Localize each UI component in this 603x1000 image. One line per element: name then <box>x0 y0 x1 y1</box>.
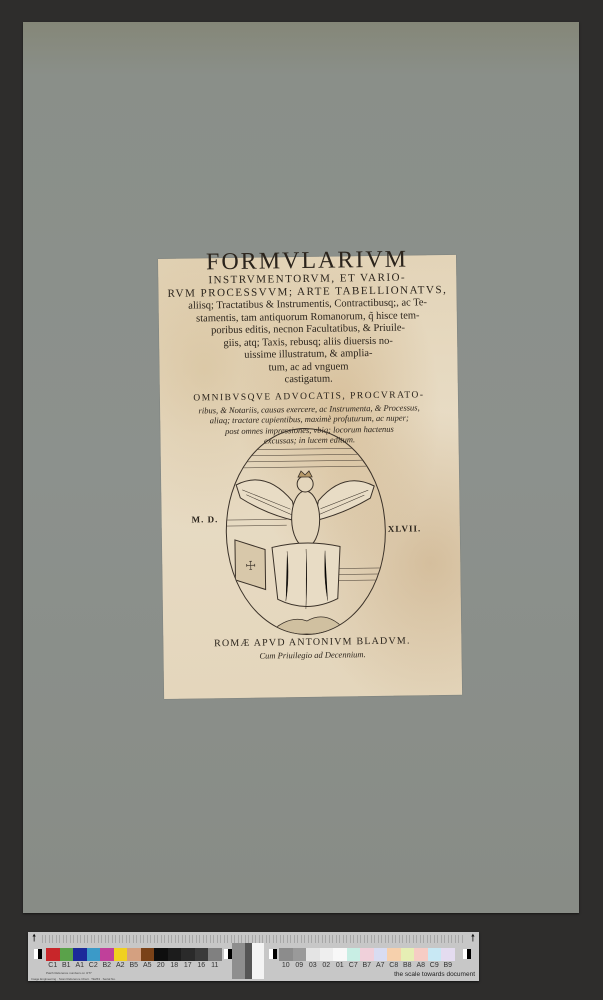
date-right: XLVII. <box>388 523 422 533</box>
up-arrow-icon: 🠕 <box>32 934 36 944</box>
registration-target-icon <box>463 949 471 959</box>
patch-label: 16 <box>195 962 209 969</box>
patch-label: 01 <box>333 962 347 969</box>
patch-label: C8 <box>387 962 401 969</box>
privilege-line: Cum Priuilegio ad Decennium. <box>163 648 461 662</box>
color-patch <box>414 948 428 961</box>
color-patch <box>181 948 195 961</box>
color-patch <box>387 948 401 961</box>
color-patch <box>168 948 182 961</box>
color-patch <box>100 948 114 961</box>
color-patch <box>333 948 347 961</box>
patch-label: A2 <box>114 962 128 969</box>
gray-reference-block <box>232 943 264 979</box>
patch-label: 10 <box>279 962 293 969</box>
patch-label: C2 <box>87 962 101 969</box>
patch-label: A5 <box>141 962 155 969</box>
color-patch <box>347 948 361 961</box>
patch-label: A7 <box>374 962 388 969</box>
title-text-block: FORMVLARIVM INSTRVMENTORVM, ET VARIO- RV… <box>158 255 459 448</box>
color-patches-right <box>279 948 455 961</box>
color-patch <box>360 948 374 961</box>
color-patch <box>401 948 415 961</box>
patch-label: A8 <box>414 962 428 969</box>
chart-footer: Image Engineering · Scan Reference Chart… <box>31 977 116 981</box>
registration-target-icon <box>224 949 232 959</box>
ruler-scale <box>42 935 465 943</box>
up-arrow-icon: 🠕 <box>471 934 475 944</box>
color-patch <box>73 948 87 961</box>
color-patch <box>60 948 74 961</box>
color-patch <box>293 948 307 961</box>
color-patch <box>87 948 101 961</box>
patch-label: 17 <box>181 962 195 969</box>
eagle-emblem-icon: ☩ <box>224 427 387 636</box>
svg-text:☩: ☩ <box>245 559 256 573</box>
color-patch <box>441 948 455 961</box>
color-patch <box>306 948 320 961</box>
patch-label: 11 <box>208 962 222 969</box>
color-patch <box>279 948 293 961</box>
patch-label: B5 <box>127 962 141 969</box>
color-patch <box>141 948 155 961</box>
color-patch <box>428 948 442 961</box>
color-patch <box>320 948 334 961</box>
color-patch <box>127 948 141 961</box>
patch-label: B8 <box>401 962 415 969</box>
color-patch <box>154 948 168 961</box>
date-left: M. D. <box>192 514 219 524</box>
title-page: FORMVLARIVM INSTRVMENTORVM, ET VARIO- RV… <box>158 255 462 699</box>
patch-label: C9 <box>428 962 442 969</box>
patch-label: 03 <box>306 962 320 969</box>
patch-label: C7 <box>347 962 361 969</box>
imprint: ROMÆ APVD ANTONIVM BLADVM. Cum Priuilegi… <box>163 635 461 662</box>
color-patches-left <box>46 948 222 961</box>
scale-note: the scale towards document <box>394 971 475 978</box>
patch-label: B7 <box>360 962 374 969</box>
color-patch <box>208 948 222 961</box>
patch-label: 20 <box>154 962 168 969</box>
color-patch <box>195 948 209 961</box>
patch-note: Patch Reference numbers on IJT7 <box>46 971 92 975</box>
patch-label: B2 <box>100 962 114 969</box>
color-patch <box>114 948 128 961</box>
patch-label: 18 <box>168 962 182 969</box>
registration-target-icon <box>269 949 277 959</box>
patch-label: A1 <box>73 962 87 969</box>
patch-label: C1 <box>46 962 60 969</box>
patch-label: 02 <box>320 962 334 969</box>
patch-label: B9 <box>441 962 455 969</box>
registration-target-icon <box>34 949 42 959</box>
color-patch <box>46 948 60 961</box>
color-patch <box>374 948 388 961</box>
patch-label: 09 <box>293 962 307 969</box>
patch-label: B1 <box>60 962 74 969</box>
color-calibration-chart: 🠕 🠕 C1 B1 A1 C2 B2 A2 B5 A5 20 18 17 16 … <box>28 932 479 981</box>
